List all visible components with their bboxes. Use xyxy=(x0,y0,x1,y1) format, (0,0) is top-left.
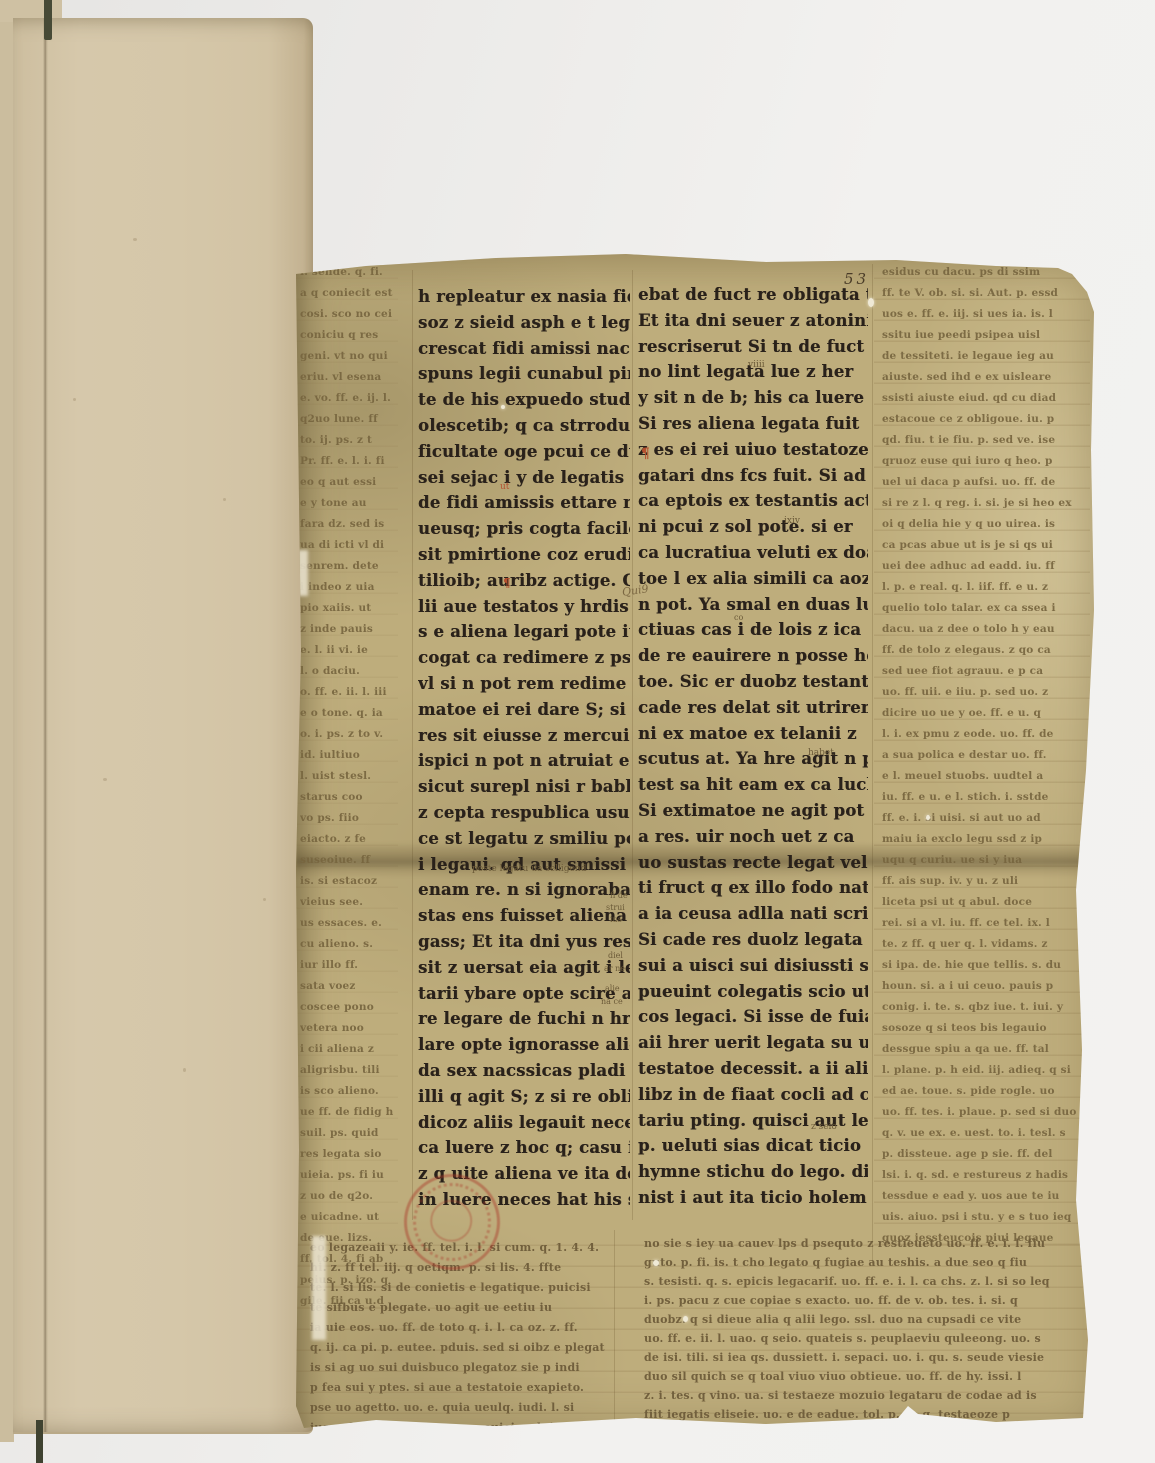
interlinear-note: ut xyxy=(500,482,509,492)
paper-speck xyxy=(73,398,76,401)
right-gloss-column: esidus cu dacu. ps di ssimff. te V. ob. … xyxy=(882,262,1090,1244)
manuscript-leaf: 53 l. sende. q. fi.a q coniecit estcosi.… xyxy=(296,250,1094,1428)
interlinear-note: co xyxy=(734,613,743,622)
interlinear-note: na ce xyxy=(601,997,623,1006)
interlinear-note: ius xyxy=(610,915,622,924)
interlinear-note: habet xyxy=(808,748,834,758)
manuscript-scan: 53 l. sende. q. fi.a q coniecit estcosi.… xyxy=(0,0,1155,1463)
interlinear-note: ar ne xyxy=(604,964,625,973)
interlinear-note: fi de xyxy=(610,891,628,900)
interlinear-note: alie xyxy=(605,984,620,993)
main-text-column-1: h repleatur ex nasia fidi amissoz z siei… xyxy=(418,284,630,1214)
interlinear-note: ixiv xyxy=(784,516,800,526)
left-page xyxy=(13,18,313,1434)
damage-hole xyxy=(501,405,505,409)
damage-hole xyxy=(683,1316,688,1322)
column-rule xyxy=(632,270,633,1220)
paper-speck xyxy=(103,778,107,781)
damage-hole xyxy=(868,298,874,307)
column-rule xyxy=(412,270,413,1220)
interlinear-note: strui xyxy=(606,903,625,912)
interlinear-gloss: poste legatu ua selligend xyxy=(472,864,586,874)
left-gloss-column: l. sende. q. fi.a q coniecit estcosi. sc… xyxy=(300,262,394,1308)
paper-speck xyxy=(133,238,137,241)
damage-hole xyxy=(653,1260,659,1266)
bottom-commentary-right: no sie s iey ua cauev lps d psequto z re… xyxy=(644,1234,1088,1434)
interlinear-note: viiii xyxy=(748,360,765,370)
bookmark-ribbon-top xyxy=(44,0,52,40)
interlinear-note: z seio xyxy=(811,1122,837,1132)
page-gutter-seam xyxy=(43,18,48,1432)
red-paragraph-mark: ¶ xyxy=(503,576,511,590)
damage-hole xyxy=(926,815,930,820)
paper-speck xyxy=(223,498,226,501)
damage-streak xyxy=(312,1236,326,1340)
column-rule xyxy=(872,264,873,1264)
interlinear-note: diel xyxy=(608,951,623,960)
bookmark-ribbon-bottom xyxy=(36,1420,43,1463)
page-edge-strip xyxy=(0,22,14,1442)
red-paragraph-mark: ¶ xyxy=(641,446,650,462)
paper-speck xyxy=(263,898,266,901)
paper-speck xyxy=(183,1068,186,1072)
library-stamp-icon xyxy=(395,1165,509,1279)
column-rule xyxy=(614,1230,615,1425)
